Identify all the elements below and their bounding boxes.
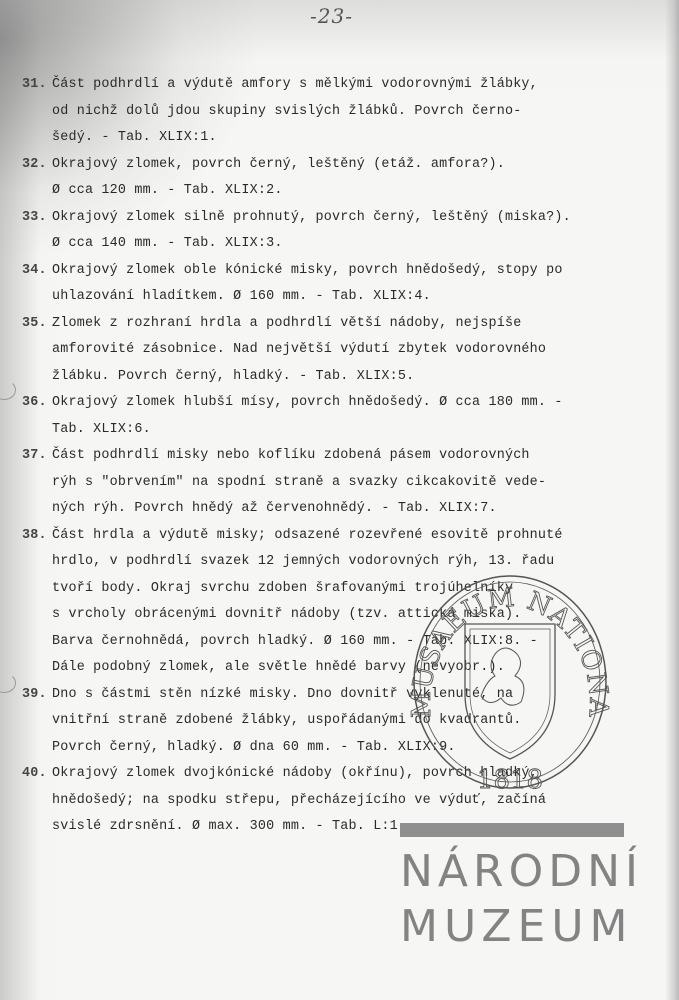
catalog-entry: 37.Část podhrdlí misky nebo koflíku zdob… — [22, 443, 662, 523]
entry-text-line: hrdlo, v podhrdlí svazek 12 jemných vodo… — [52, 549, 662, 576]
entry-text-line: Zlomek z rozhraní hrdla a podhrdlí větší… — [52, 311, 662, 338]
page-edge-shadow — [665, 0, 679, 1000]
stamp-text: MUSAEUM NATIONALE — [410, 574, 610, 719]
entry-text-line: šedý. - Tab. XLIX:1. — [52, 125, 662, 152]
entry-number: 38. — [22, 523, 52, 550]
catalog-entry: 35.Zlomek z rozhraní hrdla a podhrdlí vě… — [22, 311, 662, 391]
entry-number: 35. — [22, 311, 52, 338]
catalog-entry: 32.Okrajový zlomek, povrch černý, leštěn… — [22, 152, 662, 205]
watermark-bar — [400, 823, 624, 837]
catalog-entry: 36.Okrajový zlomek hlubší mísy, povrch h… — [22, 390, 662, 443]
punch-hole-mark — [0, 673, 16, 693]
entry-text-line: Část podhrdlí misky nebo koflíku zdobená… — [52, 443, 662, 470]
entry-text-line: uhlazování hladítkem. Ø 160 mm. - Tab. X… — [52, 284, 662, 311]
entry-text-line: Okrajový zlomek oble kónické misky, povr… — [52, 258, 662, 285]
entry-text-line: Tab. XLIX:6. — [52, 417, 662, 444]
entry-number: 34. — [22, 258, 52, 285]
catalog-entry: 33.Okrajový zlomek silně prohnutý, povrc… — [22, 205, 662, 258]
catalog-entry: 31.Část podhrdlí a výdutě amfory s mělký… — [22, 72, 662, 152]
entry-text-line: Část podhrdlí a výdutě amfory s mělkými … — [52, 72, 662, 99]
entry-number: 40. — [22, 761, 52, 788]
entry-number: 39. — [22, 682, 52, 709]
museum-stamp: MUSAEUM NATIONALE 1818 — [410, 574, 610, 798]
watermark-line2: MUZEUM — [400, 905, 630, 949]
entry-text-line: Část hrdla a výdutě misky; odsazené roze… — [52, 523, 662, 550]
entry-number: 31. — [22, 72, 52, 99]
entry-text-line: Ø cca 120 mm. - Tab. XLIX:2. — [52, 178, 662, 205]
scanned-page: -23- 31.Část podhrdlí a výdutě amfory s … — [0, 0, 679, 1000]
entry-text-line: Ø cca 140 mm. - Tab. XLIX:3. — [52, 231, 662, 258]
stamp-year: 1818 — [477, 765, 543, 795]
page-number: -23- — [310, 4, 353, 28]
entry-text-line: Okrajový zlomek hlubší mísy, povrch hněd… — [52, 390, 662, 417]
entry-number: 36. — [22, 390, 52, 417]
entry-text-line: rýh s "obrvením" na spodní straně a svaz… — [52, 470, 662, 497]
entry-text-line: ných rýh. Povrch hnědý až červenohnědý. … — [52, 496, 662, 523]
watermark-line1: NÁRODNÍ — [400, 850, 630, 894]
entry-number: 37. — [22, 443, 52, 470]
punch-hole-mark — [0, 380, 16, 400]
entry-number: 33. — [22, 205, 52, 232]
catalog-entry: 34.Okrajový zlomek oble kónické misky, p… — [22, 258, 662, 311]
svg-text:MUSAEUM NATIONALE: MUSAEUM NATIONALE — [410, 574, 610, 719]
entry-text-line: Okrajový zlomek, povrch černý, leštěný (… — [52, 152, 662, 179]
entry-text-line: Okrajový zlomek silně prohnutý, povrch č… — [52, 205, 662, 232]
entry-text-line: amforovité zásobnice. Nad největší výdut… — [52, 337, 662, 364]
entry-text-line: od nichž dolů jdou skupiny svislých žláb… — [52, 99, 662, 126]
entry-text-line: žlábku. Povrch černý, hladký. - Tab. XLI… — [52, 364, 662, 391]
entry-number: 32. — [22, 152, 52, 179]
